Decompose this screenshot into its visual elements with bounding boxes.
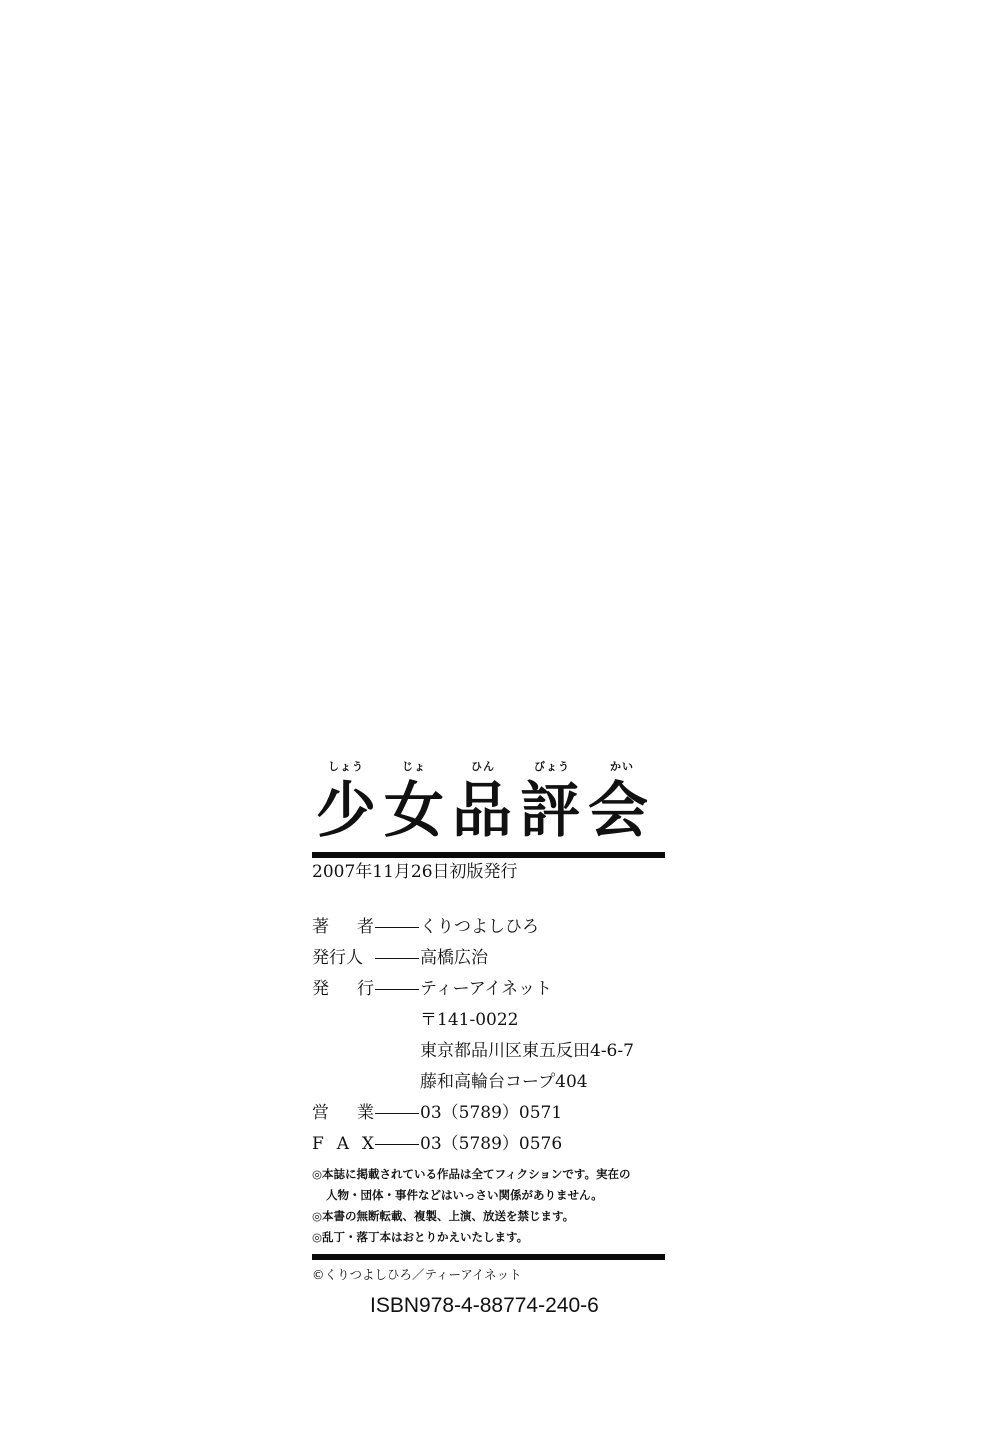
- author-row: 著 者 くりつよしひろ: [312, 912, 665, 943]
- sales-row: 営 業 03（5789）0571: [312, 1098, 665, 1129]
- colophon: しょう じょ ひん びょう かい 少女品評会 2007年11月26日初版発行 著…: [312, 758, 665, 1320]
- publisher-person-label: 発行人: [312, 943, 374, 974]
- publisher-label: 発 行: [312, 974, 374, 1005]
- publisher-row: 発 行 ティーアイネット: [312, 974, 665, 1005]
- notice-fiction-cont: 人物・団体・事件などはいっさい関係がありません。: [312, 1185, 665, 1206]
- dash-separator: [374, 943, 420, 974]
- dash-separator: [374, 1098, 420, 1129]
- address-line-2: 藤和高輪台コープ404: [312, 1067, 665, 1098]
- ruby-byo: びょう: [518, 758, 586, 776]
- ruby-hin: ひん: [449, 758, 517, 776]
- sales-label: 営 業: [312, 1098, 374, 1129]
- top-rule: [312, 852, 665, 858]
- bottom-rule: [312, 1254, 665, 1260]
- dash-separator: [374, 974, 420, 1005]
- publication-info: 著 者 くりつよしひろ 発行人 高橋広治 発 行 ティーアイネット 〒141-0…: [312, 912, 665, 1160]
- notice-fiction: ◎本誌に掲載されている作品は全てフィクションです。実在の: [312, 1164, 665, 1185]
- ruby-jo: じょ: [380, 758, 448, 776]
- book-title: 少女品評会: [316, 776, 665, 848]
- postal-code: 〒141-0022: [312, 1005, 665, 1036]
- title-ruby: しょう じょ ひん びょう かい: [312, 758, 665, 776]
- author-label: 著 者: [312, 912, 374, 943]
- publisher-value: ティーアイネット: [420, 974, 665, 1005]
- publisher-person-row: 発行人 高橋広治: [312, 943, 665, 974]
- ruby-kai: かい: [588, 758, 656, 776]
- notice-reproduction: ◎本書の無断転載、複製、上演、放送を禁じます。: [312, 1206, 665, 1227]
- dash-separator: [374, 1129, 420, 1160]
- legal-notices: ◎本誌に掲載されている作品は全てフィクションです。実在の 人物・団体・事件などは…: [312, 1164, 665, 1248]
- address-line-1: 東京都品川区東五反田4-6-7: [312, 1036, 665, 1067]
- author-value: くりつよしひろ: [420, 912, 665, 943]
- publisher-person-value: 高橋広治: [420, 943, 665, 974]
- fax-number: 03（5789）0576: [420, 1129, 665, 1160]
- dash-separator: [374, 912, 420, 943]
- edition-date: 2007年11月26日初版発行: [312, 860, 665, 884]
- fax-row: F A X 03（5789）0576: [312, 1129, 665, 1160]
- isbn: ISBN978-4-88774-240-6: [370, 1292, 665, 1320]
- ruby-sho: しょう: [312, 758, 380, 776]
- notice-defects: ◎乱丁・落丁本はおとりかえいたします。: [312, 1227, 665, 1248]
- fax-label: F A X: [312, 1129, 374, 1160]
- copyright-line: ©くりつよしひろ／ティーアイネット: [312, 1264, 665, 1286]
- sales-phone: 03（5789）0571: [420, 1098, 665, 1129]
